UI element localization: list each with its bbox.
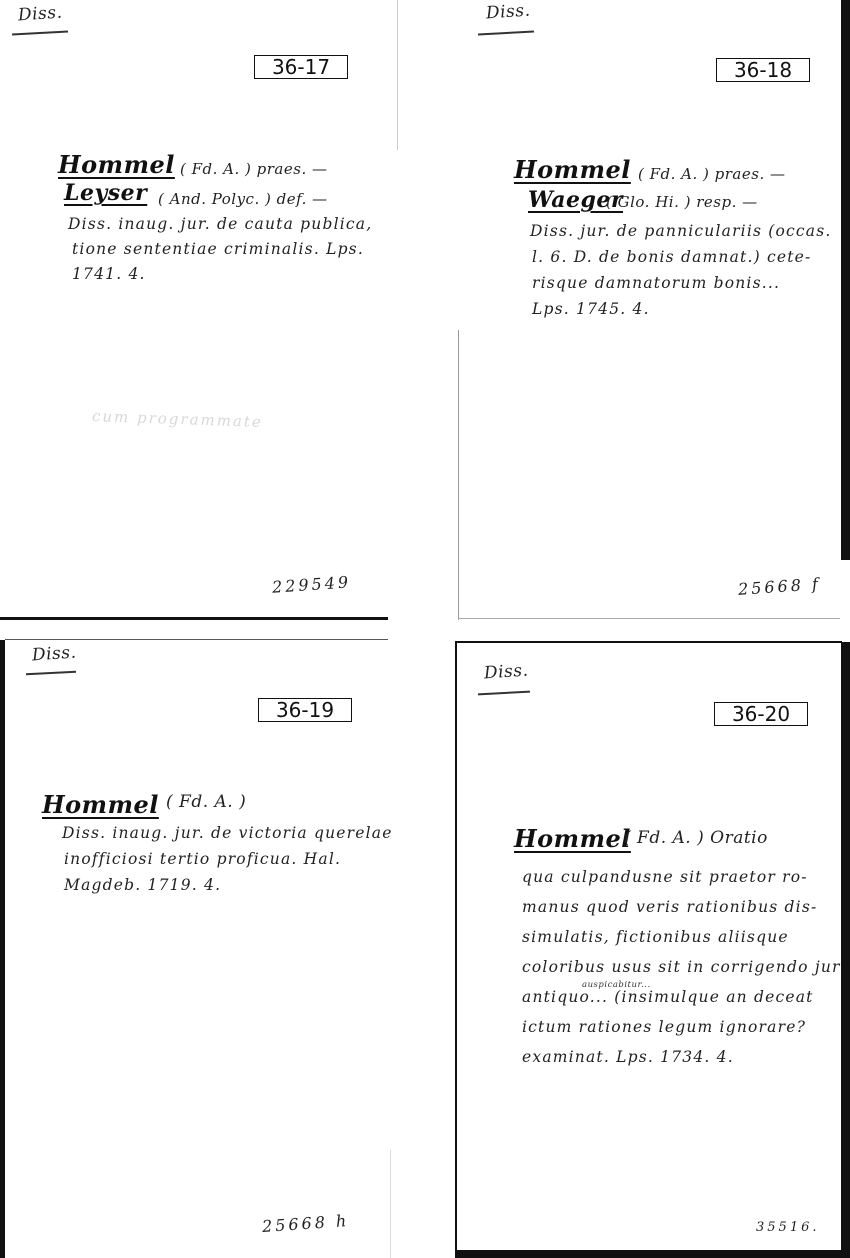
catalog-card-36-19: Diss. 36-19 Hommel ( Fd. A. ) Diss. inau… [6, 640, 390, 1258]
body-line: antiquo... (insimulque an deceat [522, 988, 814, 1006]
body-line: coloribus usus sit in corrigendo jure [522, 958, 850, 976]
body-line: simulatis, fictionibus aliisque [522, 928, 789, 946]
catalog-card-36-17: Diss. 36-17 Hommel ( Fd. A. ) praes. — L… [0, 0, 400, 618]
body-line: manus quod veris rationibus dis- [522, 898, 817, 916]
author-name: Hommel [514, 824, 631, 853]
accession-number: 35516. [756, 1220, 820, 1235]
body-line: Magdeb. 1719. 4. [64, 876, 221, 894]
body-line: Diss. inaug. jur. de cauta publica, [68, 215, 372, 233]
section-underline [26, 671, 76, 675]
second-name: Leyser [64, 180, 147, 206]
accession-number: 229549 [271, 572, 351, 596]
card-edge [841, 642, 850, 1258]
call-number: 36-18 [716, 58, 810, 82]
catalog-card-36-18: Diss. 36-18 Hommel ( Fd. A. ) praes. — W… [458, 0, 840, 620]
card-edge [458, 618, 840, 619]
accession-number: 25668 h [261, 1211, 349, 1236]
body-line: inofficiosi tertio proficua. Hal. [64, 850, 341, 868]
body-line: tione sententiae criminalis. Lps. [72, 240, 364, 258]
body-line: 1741. 4. [72, 265, 146, 283]
section-label: Diss. [31, 642, 77, 665]
author-initials: ( Fd. A. ) Oratio [624, 828, 768, 848]
body-line: risque damnatorum bonis... [532, 274, 780, 292]
accession-number: 25668 f [737, 574, 821, 599]
call-number: 36-19 [258, 698, 352, 722]
body-line: qua culpandusne sit praetor ro- [522, 868, 808, 886]
body-line: Diss. inaug. jur. de victoria querelae [62, 824, 393, 842]
section-underline [12, 31, 68, 35]
author-name: Hommel [514, 155, 631, 184]
card-edge [0, 640, 5, 1258]
body-line: examinat. Lps. 1734. 4. [522, 1048, 734, 1066]
author-initials: ( Fd. A. ) praes. — [180, 160, 327, 178]
section-label: Diss. [17, 2, 63, 25]
author-name: Hommel [42, 790, 159, 819]
section-label: Diss. [483, 660, 529, 683]
card-edge [841, 0, 850, 560]
second-initials: ( And. Polyc. ) def. — [158, 190, 328, 208]
card-edge [397, 0, 398, 150]
card-edge [456, 1250, 850, 1258]
second-initials: ( Glo. Hi. ) resp. — [606, 193, 758, 211]
body-line: ictum rationes legum ignorare? [522, 1018, 806, 1036]
author-name: Hommel [58, 150, 175, 179]
author-initials: ( Fd. A. ) [166, 792, 246, 812]
section-underline [478, 691, 530, 695]
catalog-card-36-20: Diss. 36-20 Hommel ( Fd. A. ) Oratio qua… [456, 642, 842, 1258]
body-line: l. 6. D. de bonis damnat.) cete- [532, 248, 811, 266]
card-edge [0, 617, 388, 620]
section-label: Diss. [485, 0, 531, 23]
pencil-note: cum programmate [92, 407, 263, 431]
call-number: 36-17 [254, 55, 348, 79]
section-underline [478, 31, 534, 35]
card-edge [455, 641, 842, 643]
call-number: 36-20 [714, 702, 808, 726]
card-edge [390, 1150, 391, 1258]
card-edge [5, 639, 388, 640]
card-edge [458, 330, 459, 620]
body-line: Diss. jur. de panniculariis (occas. [530, 222, 832, 240]
card-edge [455, 642, 457, 1258]
author-initials: ( Fd. A. ) praes. — [638, 165, 785, 183]
body-line: Lps. 1745. 4. [532, 300, 650, 318]
